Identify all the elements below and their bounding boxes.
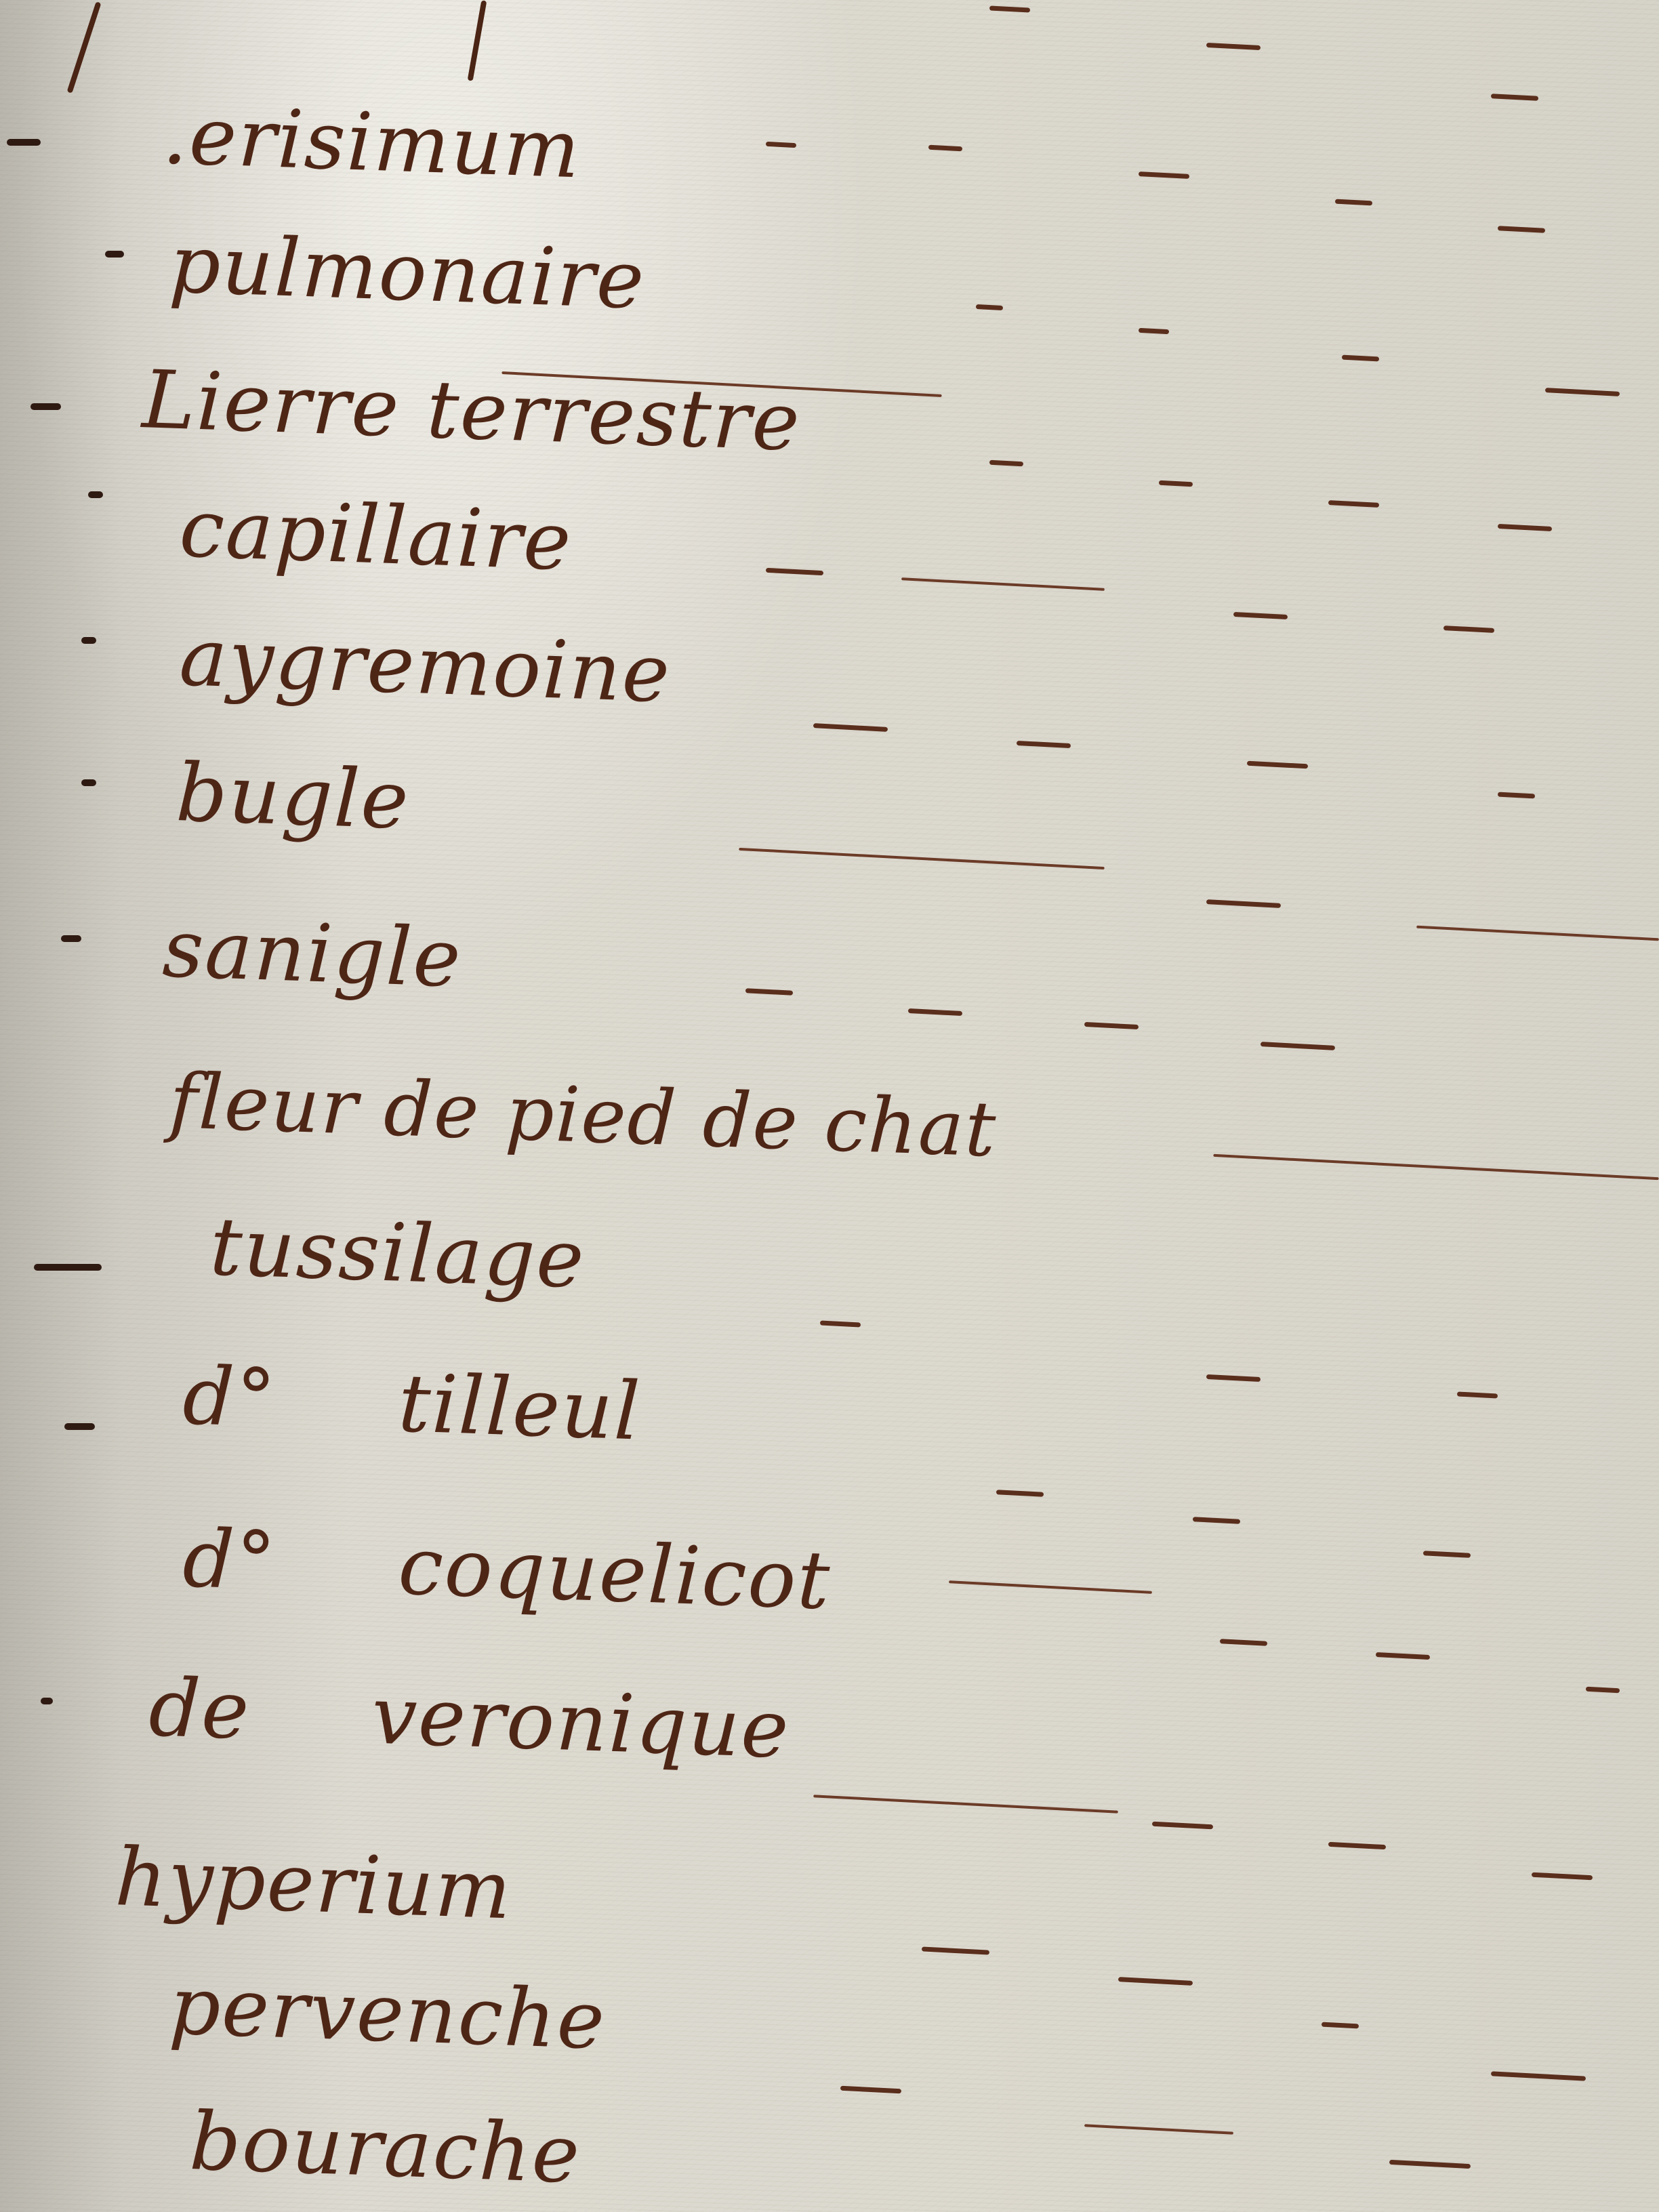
entry-text: pervenche [168,1959,608,2067]
leader-dash [1491,94,1538,101]
entry-text: veronique [370,1668,791,1776]
plant-entry: sanigle [161,901,464,1005]
leader-dash [1328,1842,1386,1849]
plant-entry: hyperium [114,1830,514,1937]
ditto-mark: de [148,1660,252,1757]
leader-line [813,1795,1118,1814]
leader-dash [813,723,888,732]
entry-text: .erisimum [161,88,583,196]
plant-entry: de veronique [148,1660,792,1776]
ditto-mark: d° [182,1349,279,1446]
entry-text: fleur de pied de chat [168,1057,999,1174]
leader-dash [1328,500,1379,508]
leader-dash [1206,1374,1261,1382]
plant-entry: capillaire [178,481,574,588]
leader-line [1213,1154,1658,1180]
leader-dash [1443,626,1494,633]
margin-dot [81,779,96,786]
leader-dash [1498,524,1552,531]
leader-dash [820,1320,861,1327]
ink-fragment [468,0,487,81]
manuscript-page: .erisimum pulmonaire Lierre terrestre ca… [0,0,1659,2212]
leader-dash [976,304,1003,310]
leader-dash [1376,1652,1430,1660]
leader-dash [1206,43,1261,50]
entry-text: pulmonaire [168,217,647,327]
leader-dash [1545,388,1620,396]
leader-line [949,1580,1152,1594]
leader-dash [996,1490,1044,1497]
plant-entry: aygremoine [178,610,673,720]
leader-dash [1247,761,1308,769]
leader-dash [766,568,823,575]
leader-dash [1491,2071,1586,2081]
margin-dot [41,1698,53,1704]
plant-entry: Lierre terrestre [141,352,802,469]
leader-dash [766,142,796,148]
leader-dash [989,460,1023,467]
margin-dash [30,403,61,410]
leader-dash [1335,199,1372,206]
entry-text: hyperium [114,1830,514,1937]
leader-dash [922,1946,989,1954]
leader-dash [1322,2022,1359,2029]
leader-dash [1159,480,1193,487]
leader-dash [1017,741,1071,748]
plant-entry: pervenche [168,1959,608,2067]
leader-dash [840,2086,901,2094]
leader-dash [1389,2160,1471,2169]
ditto-mark: d° [182,1511,279,1608]
entry-text: tussilage [209,1200,587,1306]
entry-text: sanigle [161,901,464,1005]
leader-dash [1152,1822,1213,1830]
leader-line [1416,926,1659,941]
plant-entry: d° tilleul [182,1349,643,1458]
leader-dash [1233,612,1288,619]
entry-text: bugle [175,745,411,847]
leader-dash [1139,328,1169,334]
entry-text: aygremoine [178,610,673,720]
margin-dash [7,139,41,146]
entry-text: capillaire [178,481,574,588]
plant-entry: bourache [188,2094,583,2201]
leader-dash [1498,226,1545,233]
margin-dash [64,1423,95,1430]
leader-dash [1261,1042,1335,1050]
leader-dash [1498,792,1535,799]
leader-line [1084,2124,1233,2135]
leader-dash [1206,899,1281,908]
plant-entry: fleur de pied de chat [168,1057,999,1174]
leader-dash [1118,1977,1193,1986]
leader-line [901,577,1105,591]
leader-dash [928,145,962,152]
margin-dot [105,251,124,258]
entry-text: bourache [188,2094,583,2201]
entry-text: Lierre terrestre [141,352,802,469]
leader-dash [1457,1391,1498,1398]
leader-dash [1139,171,1189,179]
margin-dash [61,935,81,942]
plant-entry: .erisimum [161,88,583,196]
leader-dash [1220,1639,1267,1646]
leader-dash [1193,1517,1240,1524]
leader-dash [1084,1022,1139,1029]
margin-dot [81,637,96,644]
plant-entry: tussilage [209,1200,587,1306]
plant-entry: bugle [175,745,411,847]
leader-dash [1342,355,1379,362]
leader-dash [745,988,793,996]
entry-text: coquelicot [396,1519,832,1627]
leader-dash [1532,1872,1593,1881]
leader-dash [1586,1687,1620,1694]
leader-dash [989,5,1030,12]
leader-dash [908,1008,962,1016]
margin-dot [88,491,103,498]
leader-dash [1423,1551,1471,1558]
ink-fragment [67,1,102,94]
entry-text: tilleul [396,1356,642,1458]
leader-line [739,848,1104,869]
plant-entry: pulmonaire [168,217,647,327]
plant-entry: d° coquelicot [182,1511,833,1627]
margin-dash [34,1264,102,1271]
